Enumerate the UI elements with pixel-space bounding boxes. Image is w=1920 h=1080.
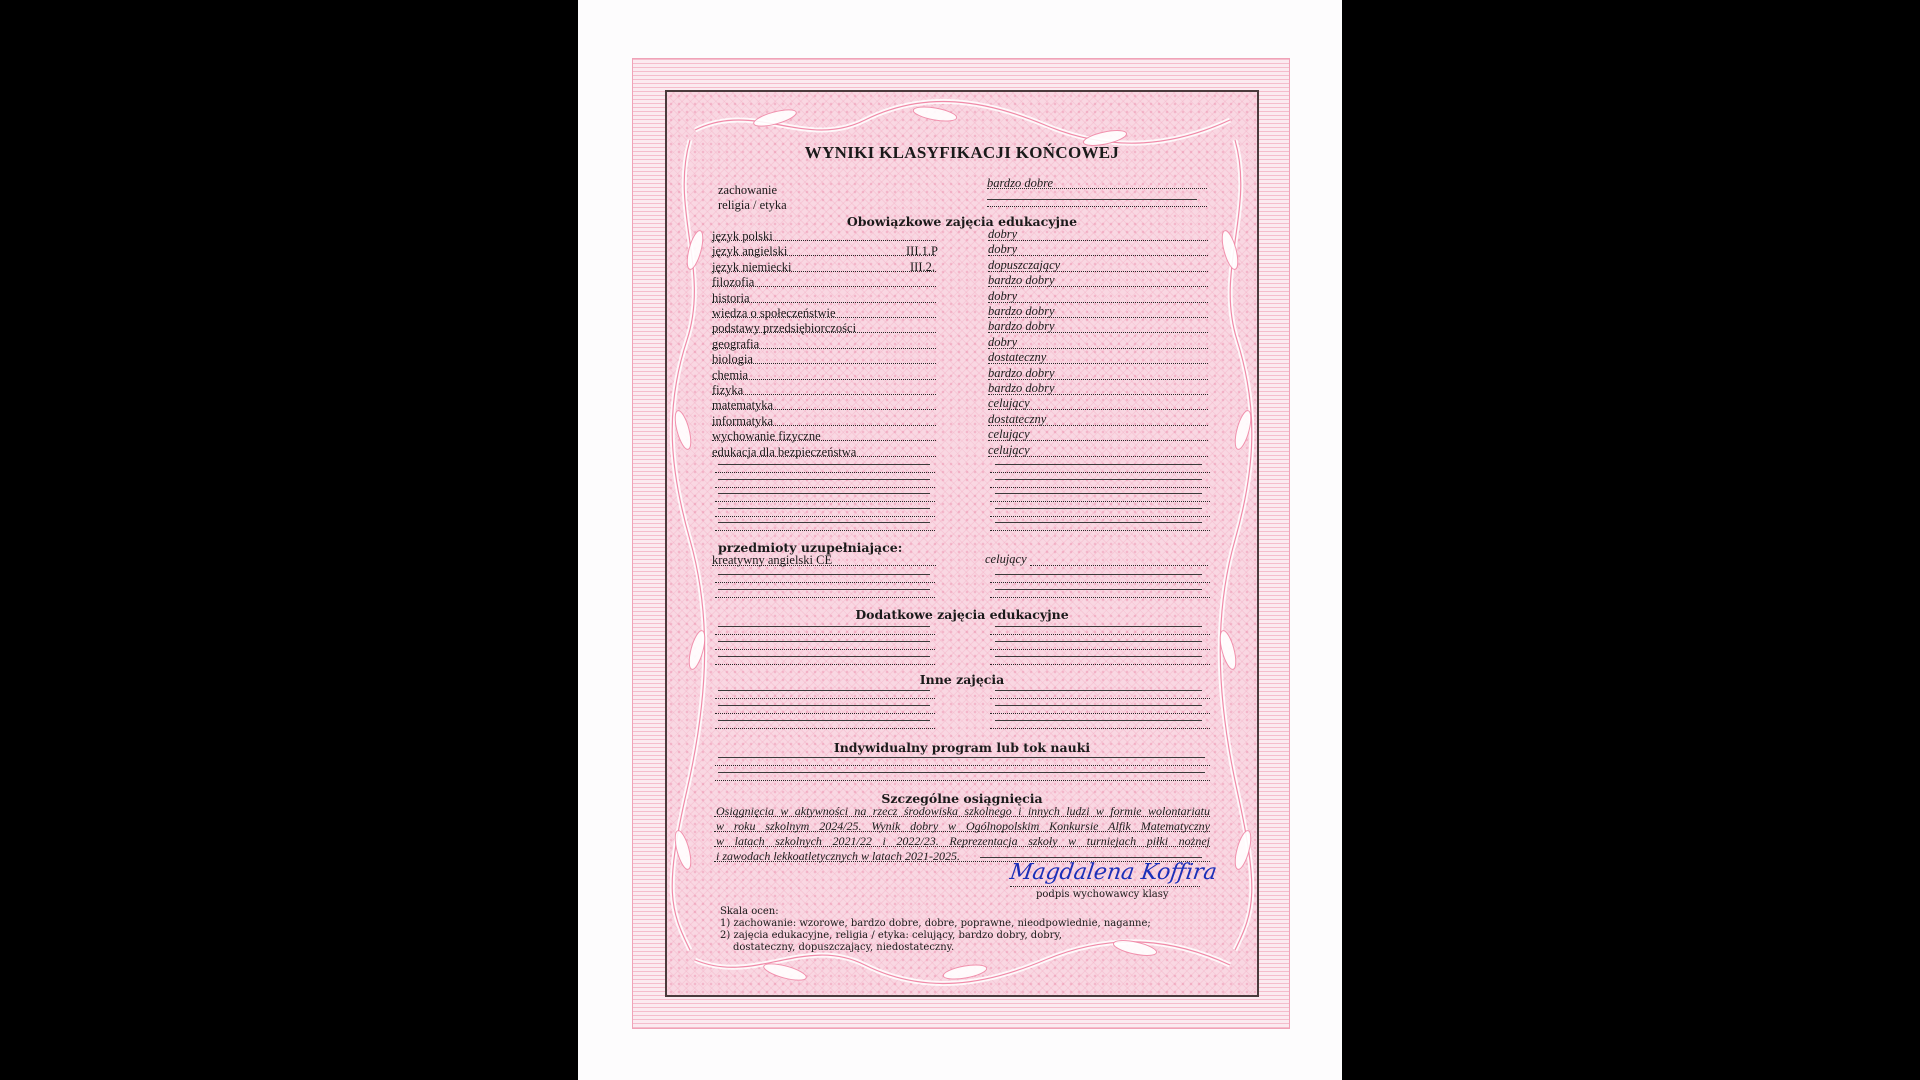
grade-dotted-line xyxy=(988,302,1208,303)
blank-dotted-line xyxy=(990,582,1210,583)
subject-dotted-line xyxy=(712,456,936,457)
blank-line xyxy=(995,720,1202,721)
blank-dotted-line xyxy=(990,597,1210,598)
blank-dotted-line xyxy=(990,713,1210,714)
subject-grade: bardzo dobry xyxy=(988,304,1055,318)
blank-dotted-line xyxy=(990,728,1210,729)
blank-line xyxy=(995,522,1202,523)
blank-dotted-line xyxy=(715,472,935,473)
blank-line xyxy=(718,493,930,494)
blank-line xyxy=(995,690,1202,691)
subject-grade: bardzo dobry xyxy=(988,366,1055,380)
subject-grade: dobry xyxy=(988,289,1017,303)
blank-line xyxy=(718,641,930,642)
grade-dotted-line xyxy=(988,348,1208,349)
blank-line xyxy=(718,508,930,509)
blank-line xyxy=(995,493,1202,494)
subject-dotted-line xyxy=(712,394,936,395)
divider-line xyxy=(987,199,1197,200)
grade-dotted-line xyxy=(988,317,1208,318)
grade-dotted-line xyxy=(988,332,1208,333)
blank-dotted-line xyxy=(715,597,935,598)
subject-dotted-line xyxy=(712,240,936,241)
subject-dotted-line xyxy=(712,440,936,441)
blank-dotted-line xyxy=(715,582,935,583)
blank-dotted-line xyxy=(715,664,935,665)
conduct-label: zachowanie xyxy=(718,183,777,197)
blank-line xyxy=(995,508,1202,509)
blank-dotted-line xyxy=(990,472,1210,473)
blank-dotted-line xyxy=(715,728,935,729)
blank-dotted-line xyxy=(990,501,1210,502)
grade-dotted-line xyxy=(988,425,1208,426)
subject-dotted-line xyxy=(712,317,936,318)
document-title: WYNIKI KLASYFIKACJI KOŃCOWEJ xyxy=(665,143,1259,163)
blank-dotted-line xyxy=(990,664,1210,665)
grade-dotted-line xyxy=(988,286,1208,287)
blank-dotted-line xyxy=(715,501,935,502)
grade-dotted-line xyxy=(988,440,1208,441)
blank-line xyxy=(718,656,930,657)
subject-grade: dostateczny xyxy=(988,412,1046,426)
supplementary-subject-grade: celujący xyxy=(985,552,1027,566)
blank-line xyxy=(718,464,930,465)
blank-line xyxy=(718,720,930,721)
blank-line xyxy=(995,589,1202,590)
blank-line xyxy=(995,626,1202,627)
subject-dotted-line xyxy=(712,409,936,410)
blank-line xyxy=(995,479,1202,480)
subject-grade: bardzo dobry xyxy=(988,273,1055,287)
subject-grade: celujący xyxy=(988,427,1030,441)
religion-label: religia / etyka xyxy=(718,198,787,212)
grading-scale-heading: Skala ocen: xyxy=(720,906,779,918)
grade-dotted-line xyxy=(988,409,1208,410)
section-header-mandatory: Obowiązkowe zajęcia edukacyjne xyxy=(665,214,1259,229)
achievement-dotted-line xyxy=(714,816,1210,817)
grade-dotted-line xyxy=(988,240,1208,241)
grade-dotted-line xyxy=(988,456,1208,457)
blank-dotted-line xyxy=(990,516,1210,517)
blank-line xyxy=(995,656,1202,657)
blank-dotted-line xyxy=(990,649,1210,650)
blank-dotted-line xyxy=(990,698,1210,699)
blank-line xyxy=(718,626,930,627)
subject-dotted-line xyxy=(712,255,936,256)
blank-line xyxy=(718,690,930,691)
achievement-end-line xyxy=(980,857,1202,858)
subject-dotted-line xyxy=(712,425,936,426)
subject-dotted-line xyxy=(712,286,936,287)
blank-line xyxy=(718,574,930,575)
individual-line xyxy=(718,757,1205,758)
blank-line xyxy=(995,574,1202,575)
grade-dotted-line xyxy=(988,255,1208,256)
grading-scale-line-1: 1) zachowanie: wzorowe, bardzo dobre, do… xyxy=(720,918,1151,930)
individual-dotted-line xyxy=(715,780,1210,781)
signature: Magdalena Koffira xyxy=(1008,860,1218,885)
blank-dotted-line xyxy=(715,713,935,714)
subject-grade: celujący xyxy=(988,443,1030,457)
blank-dotted-line xyxy=(990,530,1210,531)
section-header-additional: Dodatkowe zajęcia edukacyjne xyxy=(665,607,1259,622)
blank-dotted-line xyxy=(715,530,935,531)
grade-dotted-line xyxy=(988,379,1208,380)
signature-dotted-line xyxy=(1010,886,1200,887)
subject-grade: dobry xyxy=(988,335,1017,349)
subject-dotted-line xyxy=(712,271,936,272)
grade-dotted-line xyxy=(988,363,1208,364)
blank-dotted-line xyxy=(715,634,935,635)
achievement-dotted-line xyxy=(714,846,1210,847)
blank-dotted-line xyxy=(990,487,1210,488)
individual-line xyxy=(718,772,1205,773)
subject-dotted-line xyxy=(712,332,936,333)
grading-scale-line-2: 2) zajęcia edukacyjne, religia / etyka: … xyxy=(720,930,1062,942)
grade-dotted-line xyxy=(1030,565,1208,566)
grade-dotted-line xyxy=(988,394,1208,395)
blank-line xyxy=(718,705,930,706)
grade-dotted-line xyxy=(988,271,1208,272)
blank-dotted-line xyxy=(715,487,935,488)
blank-line xyxy=(995,705,1202,706)
subject-dotted-line xyxy=(712,302,936,303)
signature-label: podpis wychowawcy klasy xyxy=(1036,889,1169,901)
section-header-other: Inne zajęcia xyxy=(665,672,1259,687)
blank-dotted-line xyxy=(715,698,935,699)
blank-line xyxy=(995,464,1202,465)
subject-dotted-line xyxy=(712,565,936,566)
blank-line xyxy=(995,641,1202,642)
subject-grade: dostateczny xyxy=(988,350,1046,364)
religion-dotted-line xyxy=(987,206,1207,207)
blank-line xyxy=(718,589,930,590)
achievement-dotted-line xyxy=(714,831,1210,832)
blank-line xyxy=(718,522,930,523)
blank-dotted-line xyxy=(715,516,935,517)
subject-grade: bardzo dobry xyxy=(988,319,1055,333)
subject-dotted-line xyxy=(712,363,936,364)
conduct-dotted-line xyxy=(987,188,1207,189)
subject-grade: dobry xyxy=(988,227,1017,241)
subject-dotted-line xyxy=(712,379,936,380)
subject-grade: dobry xyxy=(988,242,1017,256)
subject-dotted-line xyxy=(712,348,936,349)
individual-dotted-line xyxy=(715,765,1210,766)
blank-dotted-line xyxy=(715,649,935,650)
section-header-individual: Indywidualny program lub tok nauki xyxy=(665,740,1259,755)
blank-line xyxy=(718,479,930,480)
subject-grade: celujący xyxy=(988,396,1030,410)
blank-dotted-line xyxy=(990,634,1210,635)
subject-grade: dopuszczający xyxy=(988,258,1060,272)
grading-scale-line-3: dostateczny, dopuszczający, niedostatecz… xyxy=(733,942,954,954)
subject-grade: bardzo dobry xyxy=(988,381,1055,395)
